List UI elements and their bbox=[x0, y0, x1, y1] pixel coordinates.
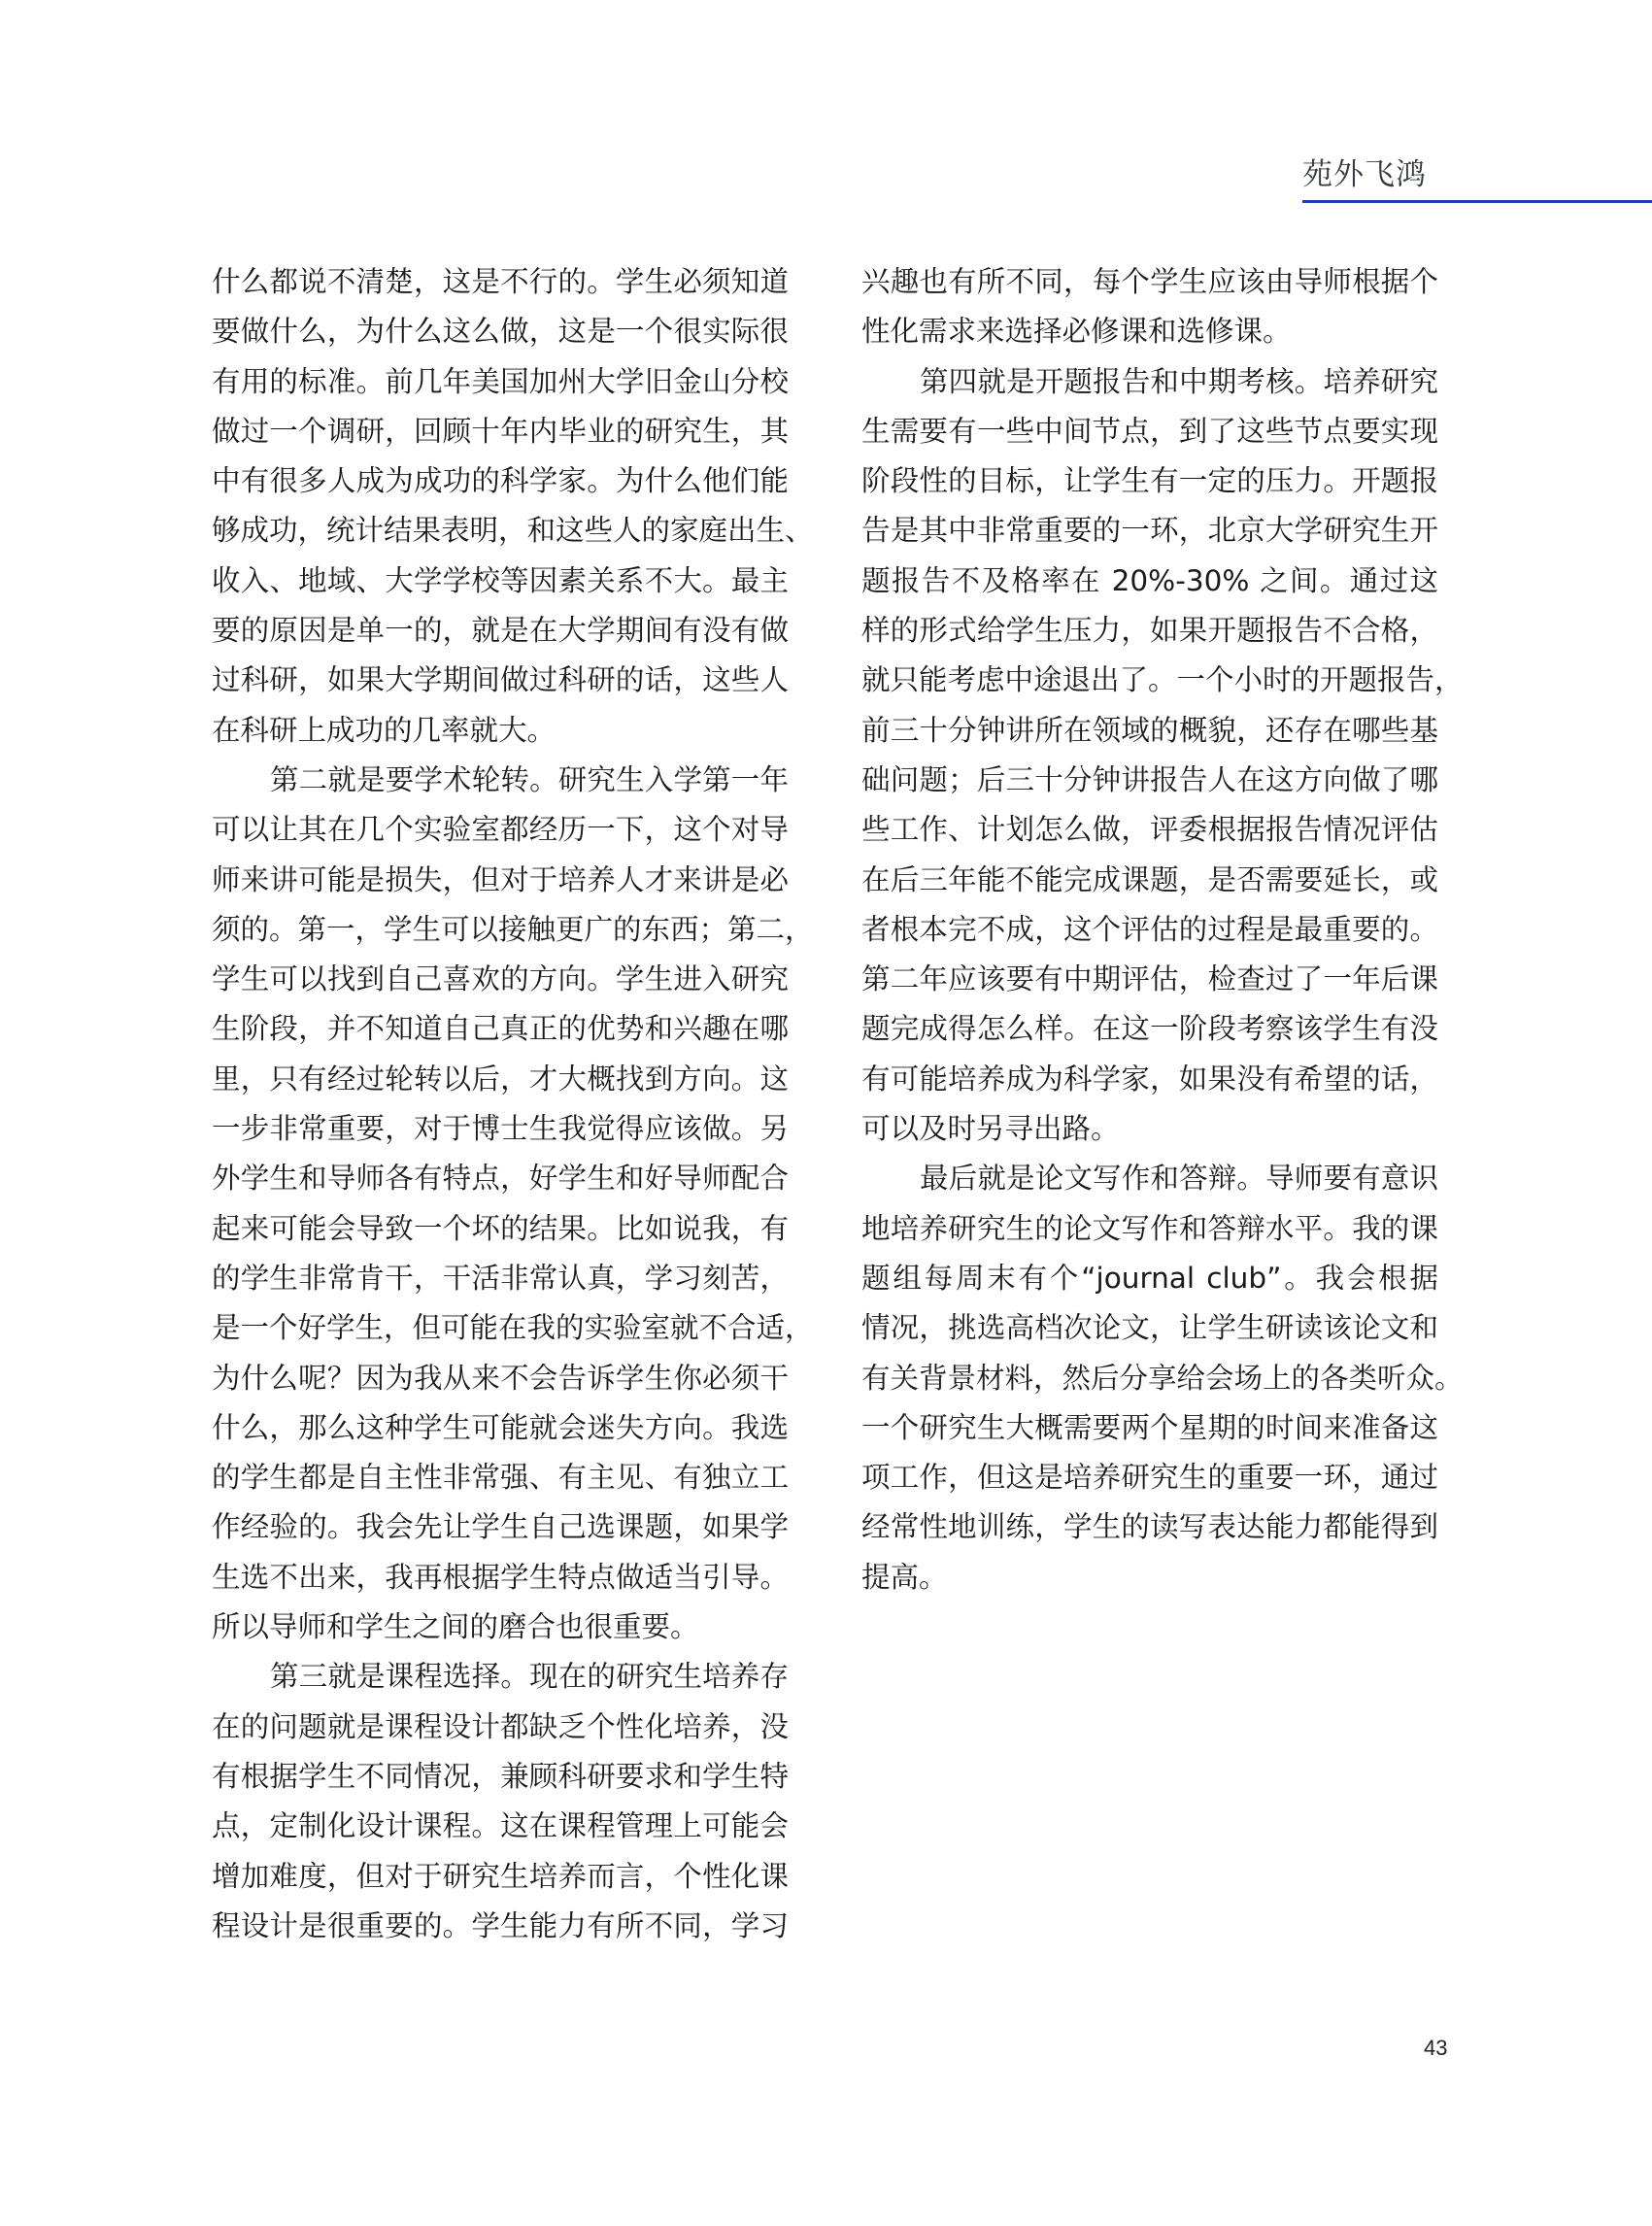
header-rule-divider bbox=[1302, 200, 1652, 203]
text-line: 什么都说不清楚，这是不行的。学生必须知道 bbox=[212, 257, 789, 307]
text-line: 情况，挑选高档次论文，让学生研读该论文和 bbox=[861, 1303, 1438, 1353]
paragraph-first-line: 第二就是要学术轮转。研究生入学第一年 bbox=[212, 756, 789, 805]
section-title: 苑外飞鸿 bbox=[1302, 155, 1427, 194]
text-line: 一步非常重要，对于博士生我觉得应该做。另 bbox=[212, 1104, 789, 1154]
text-line: 点，定制化设计课程。这在课程管理上可能会 bbox=[212, 1802, 789, 1851]
text-line: 做过一个调研，回顾十年内毕业的研究生，其 bbox=[212, 407, 789, 456]
text-line: 要做什么，为什么这么做，这是一个很实际很 bbox=[212, 307, 789, 356]
text-line: 可以及时另寻出路。 bbox=[861, 1104, 1438, 1154]
text-line: 增加难度，但对于研究生培养而言，个性化课 bbox=[212, 1852, 789, 1902]
text-line: 题完成得怎么样。在这一阶段考察该学生有没 bbox=[861, 1004, 1438, 1054]
text-line: 础问题；后三十分钟讲报告人在这方向做了哪 bbox=[861, 756, 1438, 805]
text-line: 起来可能会导致一个坏的结果。比如说我，有 bbox=[212, 1204, 789, 1254]
text-line: 为什么呢？因为我从来不会告诉学生你必须干 bbox=[212, 1354, 789, 1403]
text-line: 中有很多人成为成功的科学家。为什么他们能 bbox=[212, 456, 789, 506]
text-line: 样的形式给学生压力，如果开题报告不合格， bbox=[861, 606, 1438, 656]
right-text-column: 兴趣也有所不同，每个学生应该由导师根据个性化需求来选择必修课和选修课。第四就是开… bbox=[861, 257, 1438, 1602]
text-line: 师来讲可能是损失，但对于培养人才来讲是必 bbox=[212, 856, 789, 905]
text-line: 题组每周末有个“journal club”。我会根据 bbox=[861, 1254, 1438, 1303]
text-line: 有可能培养成为科学家，如果没有希望的话， bbox=[861, 1055, 1438, 1104]
text-line: 一个研究生大概需要两个星期的时间来准备这 bbox=[861, 1403, 1438, 1453]
text-line: 告是其中非常重要的一环，北京大学研究生开 bbox=[861, 506, 1438, 556]
text-line: 提高。 bbox=[861, 1553, 1438, 1602]
text-line: 够成功，统计结果表明，和这些人的家庭出生、 bbox=[212, 506, 789, 556]
text-line: 学生可以找到自己喜欢的方向。学生进入研究 bbox=[212, 955, 789, 1004]
text-line: 过科研，如果大学期间做过科研的话，这些人 bbox=[212, 656, 789, 705]
text-line: 是一个好学生，但可能在我的实验室就不合适， bbox=[212, 1303, 789, 1353]
text-line: 生需要有一些中间节点，到了这些节点要实现 bbox=[861, 407, 1438, 456]
text-line: 作经验的。我会先让学生自己选课题，如果学 bbox=[212, 1502, 789, 1552]
text-line: 就只能考虑中途退出了。一个小时的开题报告， bbox=[861, 656, 1438, 705]
text-line: 者根本完不成，这个评估的过程是最重要的。 bbox=[861, 905, 1438, 955]
text-line: 要的原因是单一的，就是在大学期间有没有做 bbox=[212, 606, 789, 656]
text-line: 有用的标准。前几年美国加州大学旧金山分校 bbox=[212, 357, 789, 407]
left-text-column: 什么都说不清楚，这是不行的。学生必须知道要做什么，为什么这么做，这是一个很实际很… bbox=[212, 257, 789, 1951]
text-line: 在科研上成功的几率就大。 bbox=[212, 706, 789, 756]
text-line: 题报告不及格率在 20%-30% 之间。通过这 bbox=[861, 556, 1438, 606]
text-line: 程设计是很重要的。学生能力有所不同，学习 bbox=[212, 1902, 789, 1951]
text-line: 地培养研究生的论文写作和答辩水平。我的课 bbox=[861, 1204, 1438, 1254]
text-line: 有关背景材料，然后分享给会场上的各类听众。 bbox=[861, 1354, 1438, 1403]
text-line: 所以导师和学生之间的磨合也很重要。 bbox=[212, 1602, 789, 1652]
text-line: 前三十分钟讲所在领域的概貌，还存在哪些基 bbox=[861, 706, 1438, 756]
text-line: 性化需求来选择必修课和选修课。 bbox=[861, 307, 1438, 356]
text-line: 里，只有经过轮转以后，才大概找到方向。这 bbox=[212, 1055, 789, 1104]
text-line: 的学生都是自主性非常强、有主见、有独立工 bbox=[212, 1453, 789, 1502]
text-line: 有根据学生不同情况，兼顾科研要求和学生特 bbox=[212, 1752, 789, 1802]
paragraph-first-line: 第三就是课程选择。现在的研究生培养存 bbox=[212, 1652, 789, 1702]
text-line: 生选不出来，我再根据学生特点做适当引导。 bbox=[212, 1553, 789, 1602]
text-line: 第二年应该要有中期评估，检查过了一年后课 bbox=[861, 955, 1438, 1004]
text-line: 生阶段，并不知道自己真正的优势和兴趣在哪 bbox=[212, 1004, 789, 1054]
text-line: 阶段性的目标，让学生有一定的压力。开题报 bbox=[861, 456, 1438, 506]
paragraph-first-line: 第四就是开题报告和中期考核。培养研究 bbox=[861, 357, 1438, 407]
text-line: 兴趣也有所不同，每个学生应该由导师根据个 bbox=[861, 257, 1438, 307]
text-line: 什么，那么这种学生可能就会迷失方向。我选 bbox=[212, 1403, 789, 1453]
text-line: 些工作、计划怎么做，评委根据报告情况评估 bbox=[861, 805, 1438, 855]
text-line: 在的问题就是课程设计都缺乏个性化培养，没 bbox=[212, 1703, 789, 1752]
text-line: 可以让其在几个实验室都经历一下，这个对导 bbox=[212, 805, 789, 855]
text-line: 在后三年能不能完成课题，是否需要延长，或 bbox=[861, 856, 1438, 905]
page-number: 43 bbox=[1424, 2036, 1447, 2061]
text-line: 经常性地训练，学生的读写表达能力都能得到 bbox=[861, 1502, 1438, 1552]
text-line: 的学生非常肯干，干活非常认真，学习刻苦， bbox=[212, 1254, 789, 1303]
text-line: 外学生和导师各有特点，好学生和好导师配合 bbox=[212, 1154, 789, 1203]
paragraph-first-line: 最后就是论文写作和答辩。导师要有意识 bbox=[861, 1154, 1438, 1203]
text-line: 收入、地域、大学学校等因素关系不大。最主 bbox=[212, 556, 789, 606]
text-line: 须的。第一，学生可以接触更广的东西；第二， bbox=[212, 905, 789, 955]
text-line: 项工作，但这是培养研究生的重要一环，通过 bbox=[861, 1453, 1438, 1502]
